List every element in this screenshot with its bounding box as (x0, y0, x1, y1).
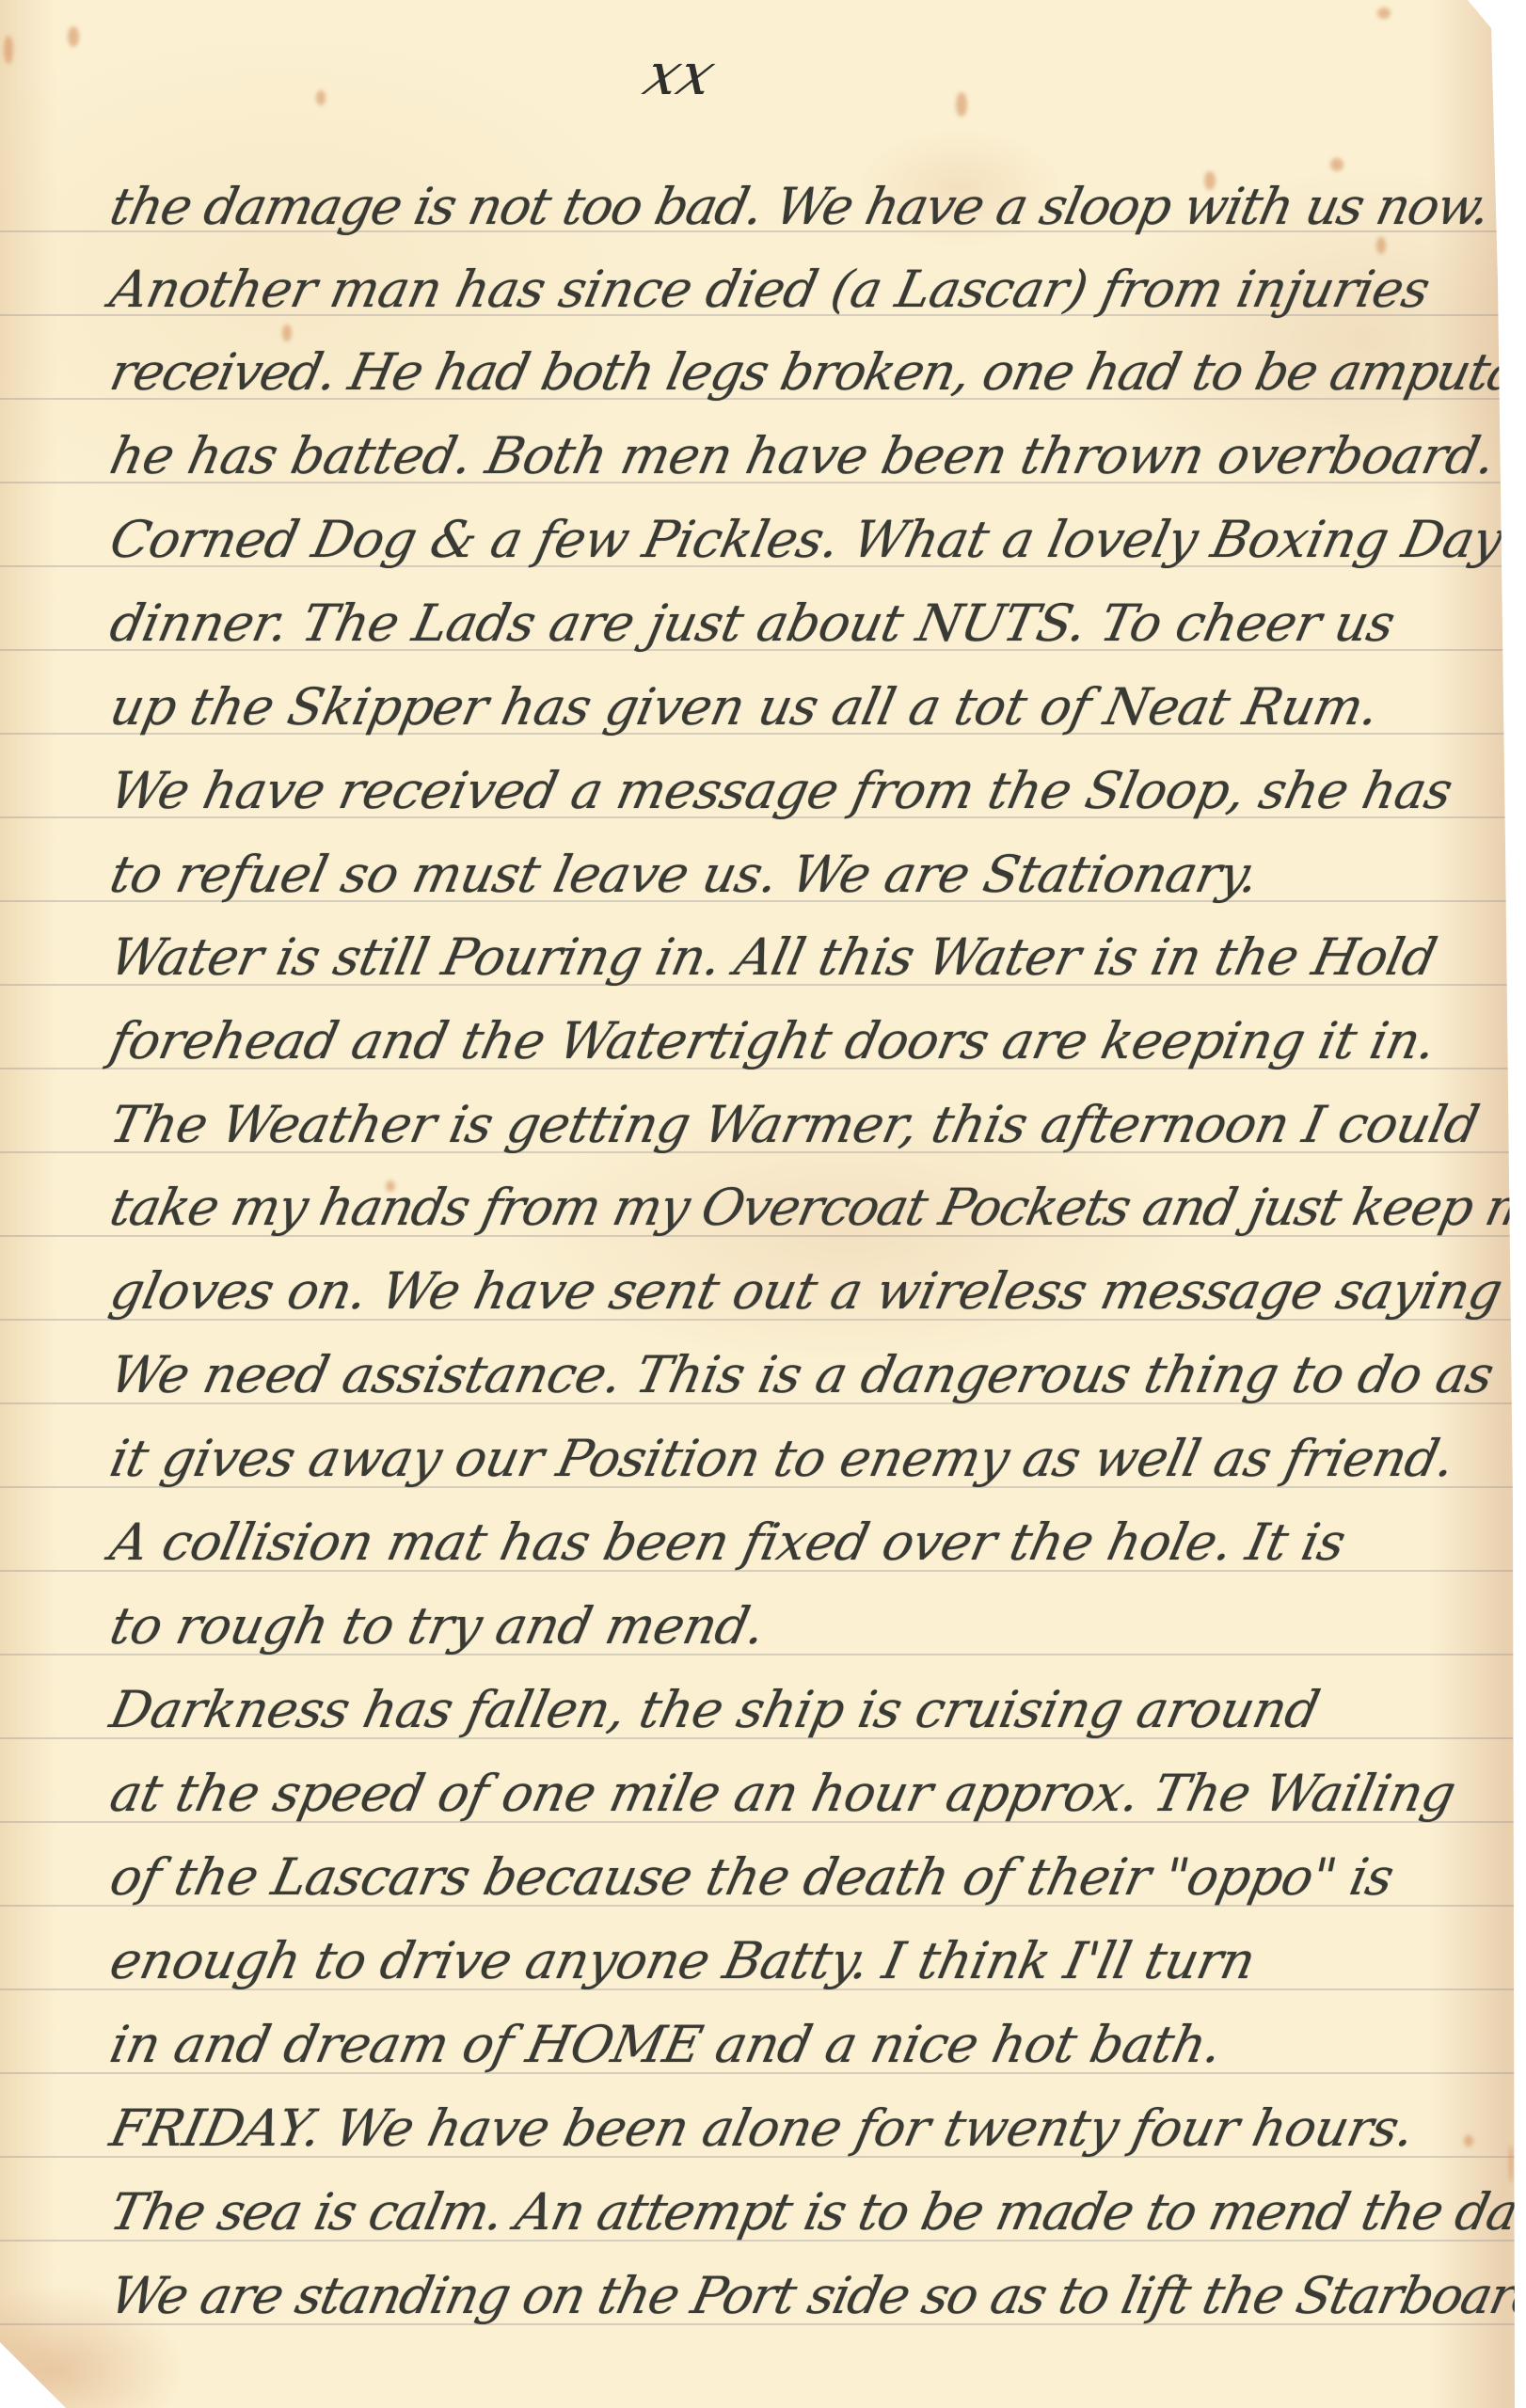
text-line: the damage is not too bad. We have a slo… (105, 179, 1501, 235)
text-line: We have received a message from the Sloo… (105, 763, 1501, 819)
stain (282, 325, 292, 341)
text-line: Water is still Pouring in. All this Wate… (105, 929, 1501, 986)
stain (1509, 2145, 1513, 2182)
page-number-mark: xx (636, 40, 724, 108)
stain (1330, 158, 1343, 171)
text-line: it gives away our Position to enemy as w… (105, 1431, 1501, 1487)
stain (956, 92, 967, 117)
stain (4, 36, 13, 64)
stain (1376, 237, 1386, 254)
stain (316, 90, 326, 105)
text-line: of the Lascars because the death of thei… (105, 1849, 1501, 1906)
text-line: gloves on. We have sent out a wireless m… (105, 1263, 1501, 1320)
text-line: in and dream of HOME and a nice hot bath… (105, 2017, 1501, 2073)
text-line: A collision mat has been fixed over the … (105, 1514, 1501, 1571)
text-line: FRIDAY. We have been alone for twenty fo… (105, 2100, 1501, 2157)
text-line: enough to drive anyone Batty. I think I'… (105, 1933, 1501, 1989)
text-line: Darkness has fallen, the ship is cruisin… (105, 1682, 1501, 1738)
text-line: he has batted. Both men have been thrown… (105, 428, 1501, 484)
text-line: at the speed of one mile an hour approx.… (105, 1766, 1501, 1822)
text-line: to refuel so must leave us. We are Stati… (105, 847, 1501, 903)
text-line: forehead and the Watertight doors are ke… (105, 1013, 1501, 1069)
text-line: The Weather is getting Warmer, this afte… (105, 1097, 1501, 1153)
text-line: Another man has since died (a Lascar) fr… (105, 261, 1501, 318)
text-line: up the Skipper has given us all a tot of… (105, 679, 1501, 736)
text-line: Corned Dog & a few Pickles. What a lovel… (105, 512, 1501, 568)
text-line: received. He had both legs broken, one h… (105, 344, 1501, 401)
text-line: to rough to try and mend. (105, 1598, 1501, 1655)
text-line: We need assistance. This is a dangerous … (105, 1347, 1501, 1403)
text-line: The sea is calm. An attempt is to be mad… (105, 2184, 1501, 2241)
text-line: take my hands from my Overcoat Pockets a… (105, 1180, 1501, 1236)
stain (68, 26, 79, 47)
stain (1377, 8, 1391, 19)
diary-page: xx the damage is not too bad. We have a … (0, 0, 1526, 2408)
text-line: dinner. The Lads are just about NUTS. To… (105, 595, 1501, 652)
text-line: We are standing on the Port side so as t… (105, 2268, 1501, 2324)
